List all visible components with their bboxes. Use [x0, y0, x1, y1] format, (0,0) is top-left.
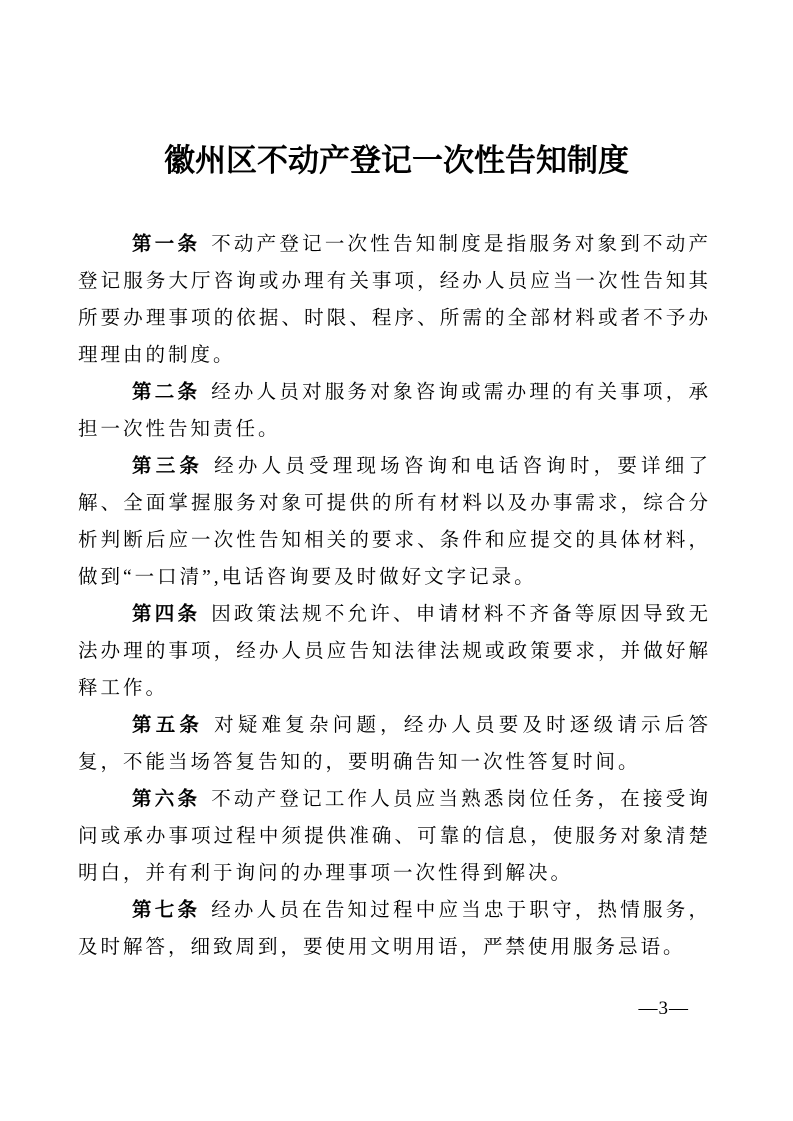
page-number: —3— — [639, 998, 690, 1020]
article-4: 第四条因政策法规不允许、申请材料不齐备等原因导致无法办理的事项，经办人员应告知法… — [78, 596, 711, 707]
article-4-label: 第四条 — [132, 604, 200, 625]
article-1: 第一条不动产登记一次性告知制度是指服务对象到不动产登记服务大厅咨询或办理有关事项… — [78, 226, 711, 374]
article-7-label: 第七条 — [132, 900, 200, 921]
document-title: 徽州区不动产登记一次性告知制度 — [0, 139, 793, 183]
article-5-label: 第五条 — [132, 715, 203, 736]
article-2-label: 第二条 — [132, 382, 200, 403]
article-5: 第五条对疑难复杂问题，经办人员要及时逐级请示后答复，不能当场答复告知的，要明确告… — [78, 707, 711, 781]
article-6: 第六条不动产登记工作人员应当熟悉岗位任务，在接受询问或承办事项过程中须提供准确、… — [78, 781, 711, 892]
article-3: 第三条经办人员受理现场咨询和电话咨询时，要详细了解、全面掌握服务对象可提供的所有… — [78, 448, 711, 596]
document-body: 第一条不动产登记一次性告知制度是指服务对象到不动产登记服务大厅咨询或办理有关事项… — [78, 226, 711, 966]
article-6-label: 第六条 — [132, 789, 200, 810]
article-3-label: 第三条 — [132, 456, 203, 477]
document-page: 徽州区不动产登记一次性告知制度 第一条不动产登记一次性告知制度是指服务对象到不动… — [0, 0, 793, 1121]
article-2: 第二条经办人员对服务对象咨询或需办理的有关事项，承担一次性告知责任。 — [78, 374, 711, 448]
article-7: 第七条经办人员在告知过程中应当忠于职守，热情服务，及时解答，细致周到，要使用文明… — [78, 892, 711, 966]
article-1-label: 第一条 — [132, 234, 200, 255]
